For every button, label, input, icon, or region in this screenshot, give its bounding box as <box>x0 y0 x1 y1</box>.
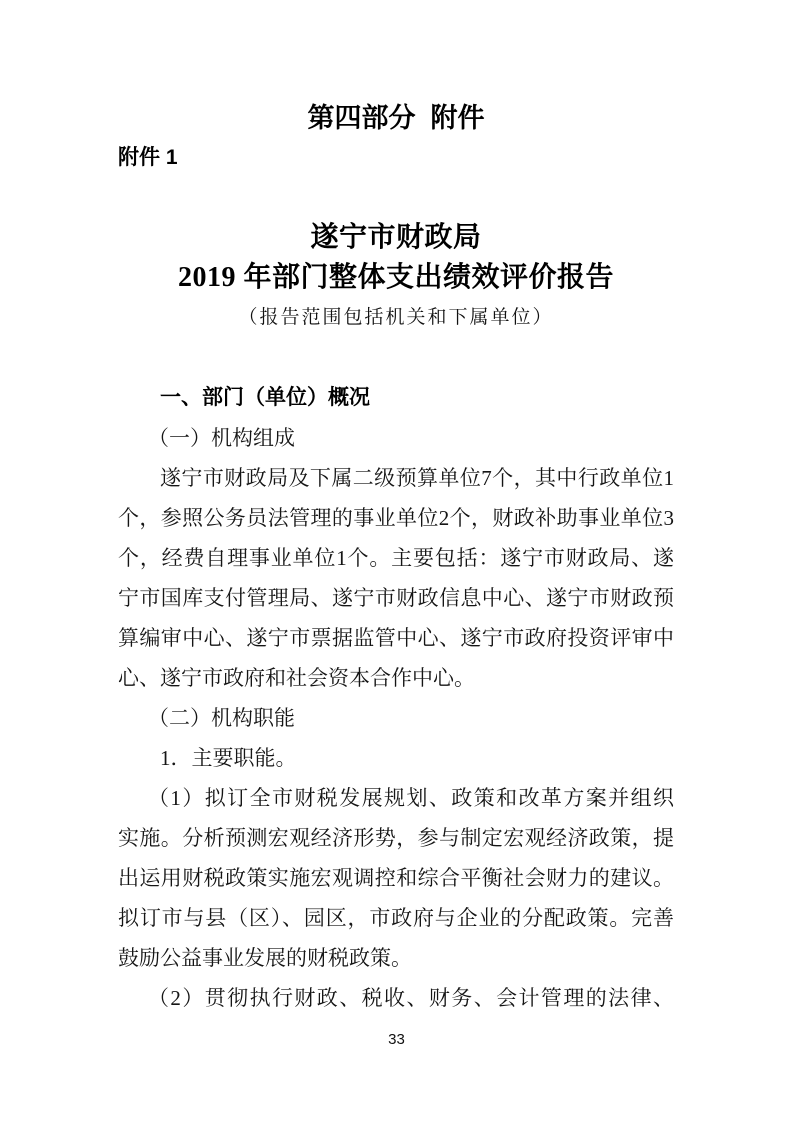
document-content: 第四部分 附件 附件 1 遂宁市财政局 2019 年部门整体支出绩效评价报告 （… <box>118 98 674 1018</box>
part-heading: 第四部分 附件 <box>118 98 674 138</box>
body-line: 个，参照公务员法管理的事业单位2个，财政补助事业单位3 <box>118 498 674 538</box>
body-line: 出运用财税政策实施宏观调控和综合平衡社会财力的建议。 <box>118 858 674 898</box>
report-subtitle: （报告范围包括机关和下属单位） <box>118 298 674 338</box>
page-number: 33 <box>0 1020 793 1060</box>
body-line: （2）贯彻执行财政、税收、财务、会计管理的法律、 <box>118 978 674 1018</box>
body-line: 个，经费自理事业单位1个。主要包括：遂宁市财政局、遂 <box>118 538 674 578</box>
report-title-line2: 2019 年部门整体支出绩效评价报告 <box>118 258 674 298</box>
body-line: 拟订市与县（区）、园区，市政府与企业的分配政策。完善 <box>118 898 674 938</box>
body-line: 算编审中心、遂宁市票据监管中心、遂宁市政府投资评审中 <box>118 618 674 658</box>
document-page: 第四部分 附件 附件 1 遂宁市财政局 2019 年部门整体支出绩效评价报告 （… <box>0 0 793 1122</box>
body-line: 实施。分析预测宏观经济形势，参与制定宏观经济政策，提 <box>118 818 674 858</box>
body-line: 心、遂宁市政府和社会资本合作中心。 <box>118 658 674 698</box>
section-heading: 一、部门（单位）概况 <box>118 378 674 418</box>
item-heading: 1．主要职能。 <box>118 738 674 778</box>
subsection-heading-2: （二）机构职能 <box>118 698 674 738</box>
attachment-label: 附件 1 <box>118 138 674 178</box>
subsection-heading-1: （一）机构组成 <box>118 418 674 458</box>
body-line: （1）拟订全市财税发展规划、政策和改革方案并组织 <box>118 778 674 818</box>
blank-line <box>118 178 674 218</box>
body-line: 鼓励公益事业发展的财税政策。 <box>118 938 674 978</box>
body-line: 遂宁市财政局及下属二级预算单位7个，其中行政单位1 <box>118 458 674 498</box>
blank-line <box>118 338 674 378</box>
body-line: 宁市国库支付管理局、遂宁市财政信息中心、遂宁市财政预 <box>118 578 674 618</box>
report-title-line1: 遂宁市财政局 <box>118 218 674 258</box>
